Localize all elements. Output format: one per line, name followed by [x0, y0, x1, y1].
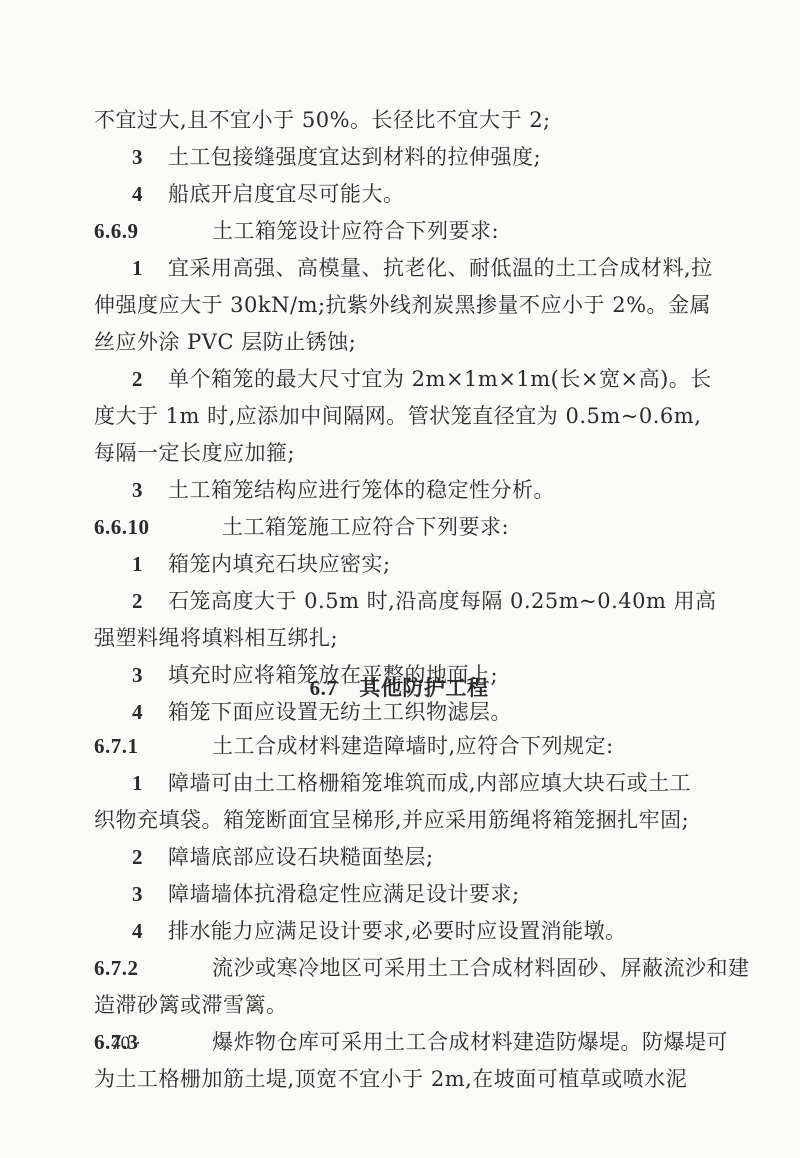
item-number: 3 [132, 139, 168, 176]
clause-text: 流沙或寒冷地区可采用土工合成材料固砂、屏蔽流沙和建 [212, 956, 750, 980]
line-text: 造滞砂篱或滞雪篱。 [94, 993, 288, 1017]
line-text: 每隔一定长度应加箍; [94, 441, 295, 465]
list-item: 3土工包接缝强度宜达到材料的拉伸强度; [132, 139, 541, 176]
list-item: 2单个箱笼的最大尺寸宜为 2m×1m×1m(长×宽×高)。长 [132, 361, 712, 398]
paragraph-line: 丝应外涂 PVC 层防止锈蚀; [94, 324, 356, 361]
paragraph-line: 强塑料绳将填料相互绑扎; [94, 620, 338, 657]
line-text: 度大于 1m 时,应添加中间隔网。管状笼直径宜为 0.5m~0.6m, [94, 404, 701, 428]
clause-6-7-2: 6.7.2流沙或寒冷地区可采用土工合成材料固砂、屏蔽流沙和建 [94, 950, 750, 987]
item-text: 障墙可由土工格栅箱笼堆筑而成,内部应填大块石或土工 [168, 771, 691, 795]
section-heading-text: 6.7其他防护工程 [94, 669, 704, 706]
item-text: 障墙底部应设石块糙面垫层; [168, 845, 434, 869]
item-text: 单个箱笼的最大尺寸宜为 2m×1m×1m(长×宽×高)。长 [168, 367, 712, 391]
list-item: 2石笼高度大于 0.5m 时,沿高度每隔 0.25m~0.40m 用高 [132, 583, 717, 620]
list-item: 3土工箱笼结构应进行笼体的稳定性分析。 [132, 472, 555, 509]
paragraph-line: 为土工格栅加筋土堤,顶宽不宜小于 2m,在坡面可植草或喷水泥 [94, 1061, 687, 1098]
paragraph-line: 不宜过大,且不宜小于 50%。长径比不宜大于 2; [94, 102, 551, 139]
section-number: 6.7 [310, 676, 338, 700]
page-number: · 40 · [100, 1033, 141, 1055]
paragraph-line: 度大于 1m 时,应添加中间隔网。管状笼直径宜为 0.5m~0.6m, [94, 398, 701, 435]
item-number: 1 [132, 546, 168, 583]
clause-number: 6.6.10 [94, 509, 222, 546]
item-number: 3 [132, 876, 168, 913]
item-text: 石笼高度大于 0.5m 时,沿高度每隔 0.25m~0.40m 用高 [168, 589, 717, 613]
line-text: 织物充填袋。箱笼断面宜呈梯形,并应采用筋绳将箱笼捆扎牢固; [94, 808, 689, 832]
clause-text: 土工箱笼设计应符合下列要求: [212, 219, 499, 243]
line-text: 强塑料绳将填料相互绑扎; [94, 626, 338, 650]
item-text: 障墙墙体抗滑稳定性应满足设计要求; [168, 882, 520, 906]
clause-number: 6.6.9 [94, 213, 212, 250]
list-item: 1宜采用高强、高模量、抗老化、耐低温的土工合成材料,拉 [132, 250, 713, 287]
clause-number: 6.7.2 [94, 950, 212, 987]
line-text: 丝应外涂 PVC 层防止锈蚀; [94, 330, 356, 354]
list-item: 4排水能力应满足设计要求,必要时应设置消能墩。 [132, 913, 627, 950]
item-text: 箱笼内填充石块应密实; [168, 552, 391, 576]
paragraph-line: 伸强度应大于 30kN/m;抗紫外线剂炭黑掺量不应小于 2%。金属 [94, 287, 711, 324]
item-number: 2 [132, 839, 168, 876]
clause-6-7-1: 6.7.1土工合成材料建造障墙时,应符合下列规定: [94, 728, 614, 765]
line-text: 为土工格栅加筋土堤,顶宽不宜小于 2m,在坡面可植草或喷水泥 [94, 1067, 687, 1091]
line-text: 不宜过大,且不宜小于 50%。长径比不宜大于 2; [94, 108, 551, 132]
item-text: 土工包接缝强度宜达到材料的拉伸强度; [168, 145, 541, 169]
item-number: 2 [132, 361, 168, 398]
list-item: 1障墙可由土工格栅箱笼堆筑而成,内部应填大块石或土工 [132, 765, 691, 802]
clause-text: 爆炸物仓库可采用土工合成材料建造防爆堤。防爆堤可 [212, 1030, 728, 1054]
item-text: 排水能力应满足设计要求,必要时应设置消能墩。 [168, 919, 627, 943]
item-number: 4 [132, 913, 168, 950]
clause-6-6-10: 6.6.10土工箱笼施工应符合下列要求: [94, 509, 509, 546]
list-item: 2障墙底部应设石块糙面垫层; [132, 839, 434, 876]
list-item: 3障墙墙体抗滑稳定性应满足设计要求; [132, 876, 520, 913]
paragraph-line: 造滞砂篱或滞雪篱。 [94, 987, 288, 1024]
list-item: 1箱笼内填充石块应密实; [132, 546, 391, 583]
item-number: 3 [132, 472, 168, 509]
item-number: 2 [132, 583, 168, 620]
clause-6-7-3: 6.7.3爆炸物仓库可采用土工合成材料建造防爆堤。防爆堤可 [94, 1024, 728, 1061]
clause-text: 土工箱笼施工应符合下列要求: [222, 515, 509, 539]
section-title: 其他防护工程 [359, 675, 488, 700]
item-text: 宜采用高强、高模量、抗老化、耐低温的土工合成材料,拉 [168, 256, 713, 280]
item-number: 1 [132, 765, 168, 802]
list-item: 4船底开启度宜尽可能大。 [132, 176, 405, 213]
clause-text: 土工合成材料建造障墙时,应符合下列规定: [212, 734, 614, 758]
item-number: 4 [132, 176, 168, 213]
item-number: 1 [132, 250, 168, 287]
paragraph-line: 织物充填袋。箱笼断面宜呈梯形,并应采用筋绳将箱笼捆扎牢固; [94, 802, 689, 839]
paragraph-line: 每隔一定长度应加箍; [94, 435, 295, 472]
line-text: 伸强度应大于 30kN/m;抗紫外线剂炭黑掺量不应小于 2%。金属 [94, 293, 711, 317]
clause-number: 6.7.1 [94, 728, 212, 765]
item-text: 船底开启度宜尽可能大。 [168, 182, 405, 206]
item-text: 土工箱笼结构应进行笼体的稳定性分析。 [168, 478, 555, 502]
clause-6-6-9: 6.6.9土工箱笼设计应符合下列要求: [94, 213, 499, 250]
